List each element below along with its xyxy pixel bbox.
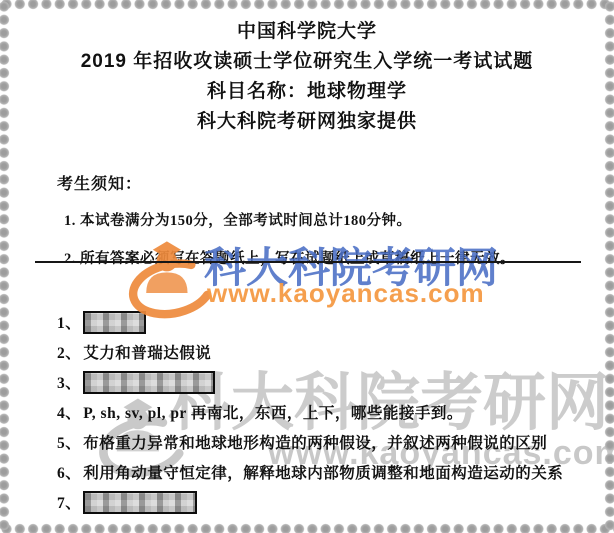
question-text: 布格重力异常和地球地形构造的两种假设，并叙述两种假说的区别 — [83, 431, 547, 453]
question-list: 1、 2、 艾力和普瑞达假说 3、 4、 P, sh, sv, pl, pr 再… — [57, 307, 604, 517]
question-row-2: 2、 艾力和普瑞达假说 — [57, 337, 604, 367]
question-number: 4、 — [57, 401, 81, 423]
exam-paper-page: 科大科院考研网 www.kaoyancas.com 中国科学院大学 2019 年… — [0, 0, 614, 533]
horizontal-rule — [35, 261, 581, 263]
question-number: 1、 — [57, 311, 81, 333]
question-number: 6、 — [57, 461, 81, 483]
university-title: 中国科学院大学 — [0, 21, 614, 42]
question-text: 艾力和普瑞达假说 — [83, 341, 211, 363]
question-number: 5、 — [57, 431, 81, 453]
exam-title: 2019 年招收攻读硕士学位研究生入学统一考试试题 — [0, 51, 614, 72]
question-text: 利用角动量守恒定律，解释地球内部物质调整和地面构造运动的关系 — [83, 461, 563, 483]
document-content: 中国科学院大学 2019 年招收攻读硕士学位研究生入学统一考试试题 科目名称：地… — [0, 0, 614, 268]
question-number: 2、 — [57, 341, 81, 363]
question-row-5: 5、 布格重力异常和地球地形构造的两种假设，并叙述两种假说的区别 — [57, 427, 604, 457]
question-row-4: 4、 P, sh, sv, pl, pr 再南北，东西，上下，哪些能接手到。 — [57, 397, 604, 427]
redacted-region — [83, 491, 197, 514]
kaoyancas-logo-icon-orange — [114, 231, 216, 325]
stamp-border-bottom — [0, 521, 614, 533]
question-row-7: 7、 — [57, 487, 604, 517]
question-number: 3、 — [57, 371, 81, 393]
provider-line: 科大科院考研网独家提供 — [0, 111, 614, 132]
notice-heading: 考生须知： — [57, 171, 614, 194]
question-text: P, sh, sv, pl, pr 再南北，东西，上下，哪些能接手到。 — [83, 401, 463, 423]
exam-header: 中国科学院大学 2019 年招收攻读硕士学位研究生入学统一考试试题 科目名称：地… — [0, 0, 614, 132]
notice-item-1: 1. 本试卷满分为150分，全部考试时间总计180分钟。 — [64, 209, 614, 230]
redacted-region — [83, 371, 215, 394]
subject-line: 科目名称：地球物理学 — [0, 81, 614, 102]
question-row-6: 6、 利用角动量守恒定律，解释地球内部物质调整和地面构造运动的关系 — [57, 457, 604, 487]
question-number: 7、 — [57, 491, 81, 513]
question-row-3: 3、 — [57, 367, 604, 397]
watermark-site-url-orange: www.kaoyancas.com — [207, 278, 485, 309]
